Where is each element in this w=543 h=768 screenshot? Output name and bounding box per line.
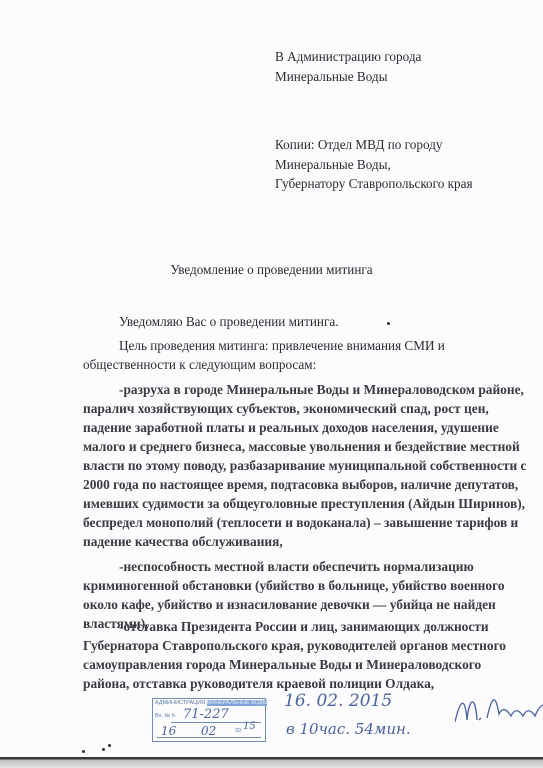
purpose-line: общественности к следующим вопросам: [83,355,316,375]
copies-block: Копии: Отдел МВД по городу Минеральные В… [275,135,473,194]
registration-stamp: АДМИНИСТРАЦИЯ МИНЕРАЛЬНЫЕ ВОДЫ Вх. № 6- … [152,698,266,742]
issue-line: власти по этому поводу, разбазаривание м… [83,456,527,475]
handwritten-time: в 10час. 54мин. [286,720,411,738]
issue-line: около кафе, убийство и изнасилование дев… [83,595,496,614]
scan-speck [82,750,85,753]
addressee-line: Минеральные Воды [275,67,421,87]
scan-speck [387,322,390,325]
issue-line: паралич хозяйствующих субъектов, экономи… [83,399,489,418]
stamp-in-number-label: Вх. № 6- [155,713,177,719]
document-title: Уведомление о проведении митинга [0,262,543,278]
handwritten-date: 16. 02. 2015 [284,691,392,711]
purpose-line: Цель проведения митинга: привлечение вни… [119,336,445,356]
issue-line: малого и среднего бизнеса, массовые увол… [83,437,520,456]
copies-line: Копии: Отдел МВД по городу [275,135,473,155]
stamp-header: АДМИНИСТРАЦИЯ МИНЕРАЛЬНЫЕ ВОДЫ [155,700,267,706]
stamp-month: 02 [201,724,216,738]
stamp-day: 16 [161,724,176,738]
copies-line: Губернатору Ставропольского края [275,174,473,194]
stamp-year-prefix: 20 [235,728,241,734]
signature-icon [455,670,543,740]
stamp-line [157,737,261,738]
issue-line: самоуправления города Минеральные Воды и… [83,655,481,674]
addressee-line: В Администрацию города [275,47,421,67]
stamp-header-left: АДМИНИСТРАЦИЯ [155,700,205,706]
issue-line: -неспособность местной власти обеспечить… [119,557,474,576]
scan-speck [108,744,111,747]
stamp-in-number-value: 71-227 [183,707,229,722]
copies-line: Минеральные Воды, [275,155,473,175]
issue-line: падение качества обслуживания, [83,532,283,551]
issue-line: беспредел монополий (теплосети и водокан… [83,513,518,532]
scan-bottom-edge [0,757,543,768]
issue-line: падение заработной платы и реальных дохо… [83,418,499,437]
stamp-year-suffix: 15 [243,721,256,732]
issue-line: Губернатора Ставропольского края, руково… [83,636,506,655]
stamp-header-right: МИНЕРАЛЬНЫЕ ВОДЫ [207,700,268,706]
scan-speck [102,748,105,751]
issue-line: -отставка Президента России и лиц, заним… [119,617,489,636]
issue-line: имевших судимости за общеуголовные прест… [83,494,525,513]
addressee-block: В Администрацию города Минеральные Воды [275,47,421,86]
intro-paragraph: Уведомляю Вас о проведении митинга. [119,312,339,332]
issue-line: -разруха в городе Минеральные Воды и Мин… [119,380,524,399]
issue-line: криминогенной обстановки (убийство в бол… [83,576,505,595]
issue-line: 2000 года по настоящее время, подтасовка… [83,475,518,494]
document-page: В Администрацию города Минеральные Воды … [0,0,543,758]
